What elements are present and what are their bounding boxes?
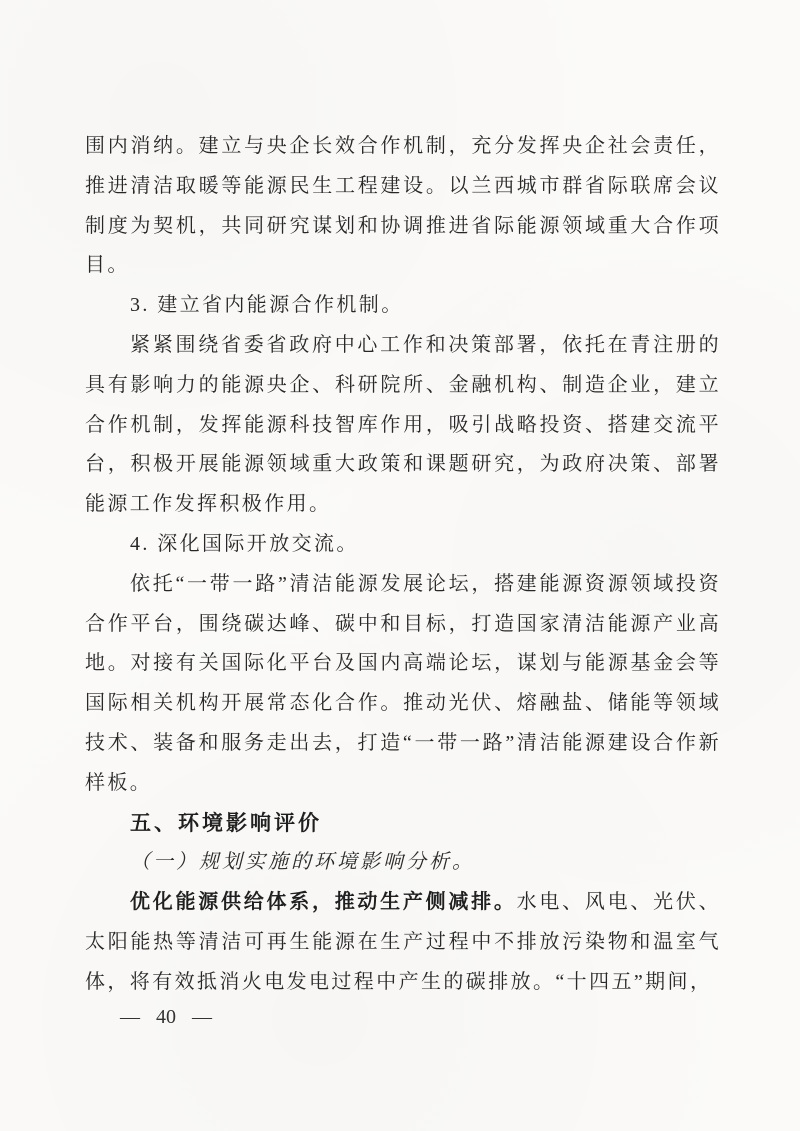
document-body: 围内消纳。建立与央企长效合作机制，充分发挥央企社会责任，推进清洁取暖等能源民生工… [85,127,721,1003]
numbered-item-3: 3. 建立省内能源合作机制。 [85,286,721,326]
page-number: 40 [156,1001,176,1033]
document-page: 围内消纳。建立与央企长效合作机制，充分发挥央企社会责任，推进清洁取暖等能源民生工… [0,0,800,1131]
paragraph-with-lead: 优化能源供给体系，推动生产侧减排。水电、风电、光伏、太阳能热等清洁可再生能源在生… [85,883,721,1002]
footer-left-dash: — [120,1006,140,1028]
paragraph-continued: 围内消纳。建立与央企长效合作机制，充分发挥央企社会责任，推进清洁取暖等能源民生工… [85,127,721,286]
subsection-heading: （一）规划实施的环境影响分析。 [85,843,721,883]
footer-right-dash: — [192,1006,212,1028]
paragraph: 依托“一带一路”清洁能源发展论坛，搭建能源资源领域投资合作平台，围绕碳达峰、碳中… [85,565,721,804]
page-footer: —40— [120,1001,212,1033]
numbered-item-4: 4. 深化国际开放交流。 [85,525,721,565]
lead-bold-text: 优化能源供给体系，推动生产侧减排。 [130,891,517,913]
section-heading: 五、环境影响评价 [85,804,721,844]
paragraph: 紧紧围绕省委省政府中心工作和决策部署，依托在青注册的具有影响力的能源央企、科研院… [85,326,721,525]
